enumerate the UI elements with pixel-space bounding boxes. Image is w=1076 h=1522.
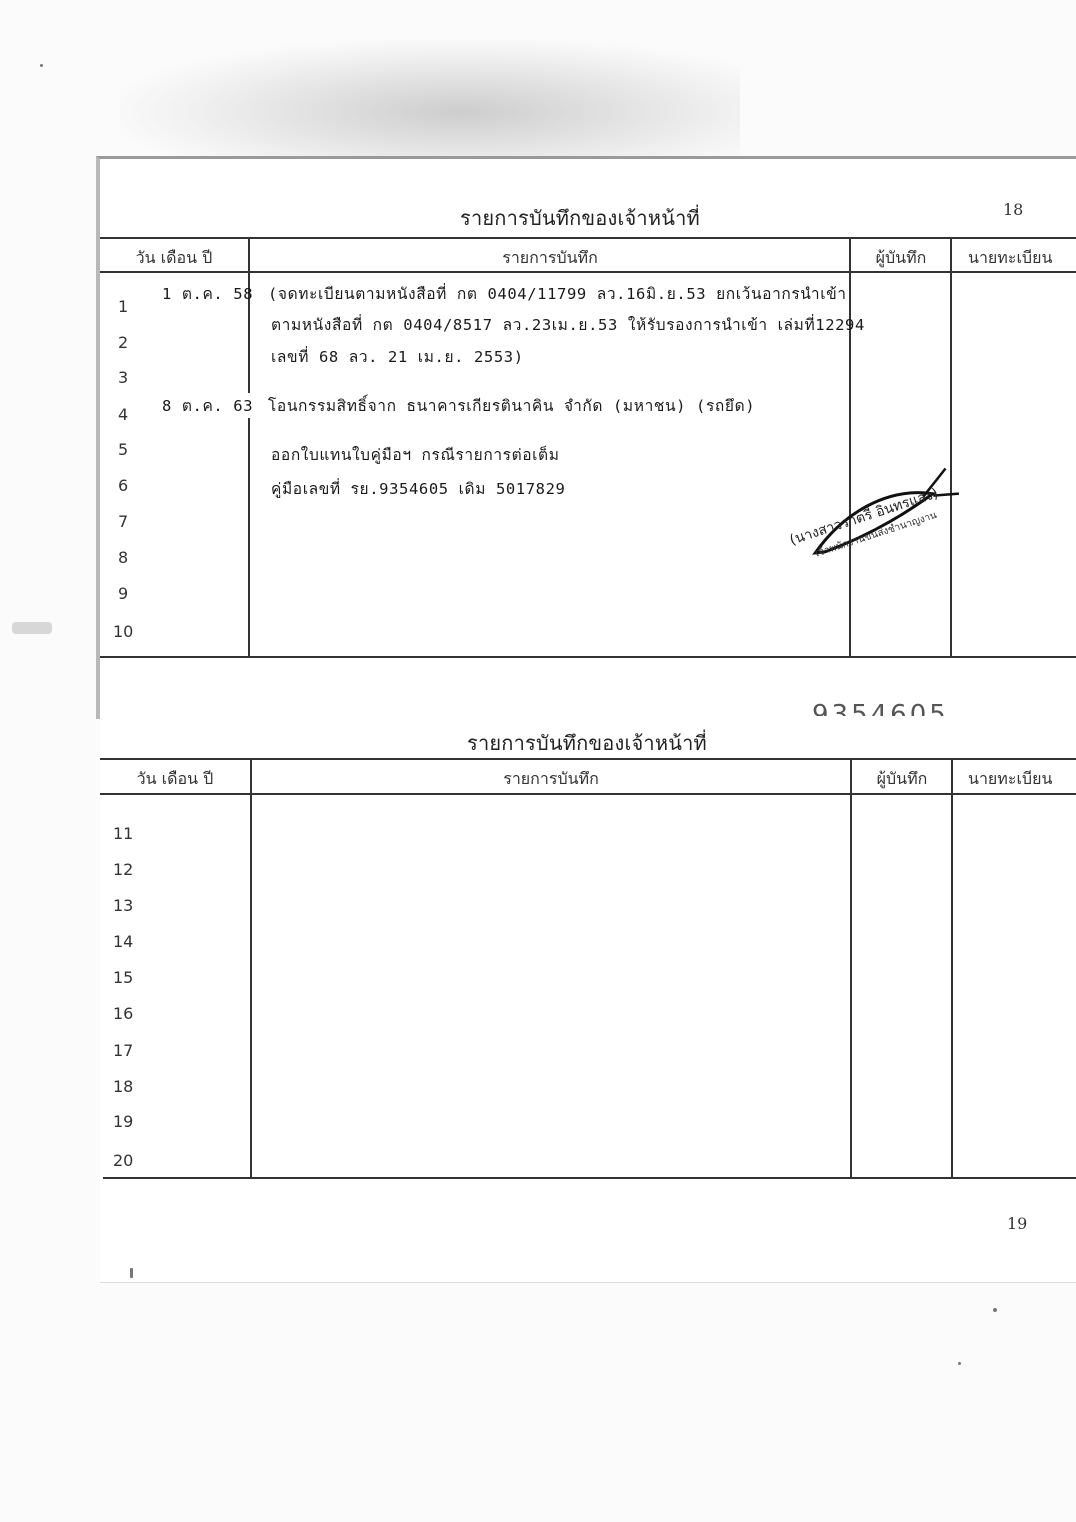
scan-shadow (120, 40, 740, 160)
entry-date: 1 ต.ค. 58 (162, 281, 253, 306)
page-19-sheet (100, 716, 1076, 1283)
header-record: รายการบันทึก (250, 246, 850, 271)
row-number: 10 (113, 622, 133, 641)
row-number: 7 (118, 512, 128, 531)
row-number: 3 (118, 368, 128, 387)
header-date: วัน เดือน ปี (100, 246, 248, 271)
page-18-number: 18 (1003, 200, 1023, 219)
column-divider (250, 758, 252, 1179)
row-number: 2 (118, 333, 128, 352)
row-number: 8 (118, 548, 128, 567)
table-top-border (100, 758, 1076, 760)
row-number: 4 (118, 405, 128, 424)
row-number: 19 (113, 1112, 133, 1131)
scan-speck (40, 64, 43, 67)
header-registrar: นายทะเบียน (953, 767, 1076, 792)
header-record: รายการบันทึก (252, 767, 850, 792)
column-divider (850, 758, 852, 1179)
row-number: 20 (113, 1151, 133, 1170)
row-number: 6 (118, 476, 128, 495)
header-recorder: ผู้บันทึก (851, 246, 951, 271)
row-number: 18 (113, 1077, 133, 1096)
row-number: 11 (113, 824, 133, 843)
table-bottom-border (103, 1177, 1076, 1179)
scan-speck (958, 1362, 961, 1365)
scan-speck (993, 1308, 997, 1312)
header-bottom-border (100, 271, 1076, 273)
entry-line: เลขที่ 68 ลว. 21 เม.ย. 2553) (271, 344, 524, 369)
entry-line: ตามหนังสือที่ กต 0404/8517 ลว.23เม.ย.53 … (271, 312, 865, 337)
row-number: 15 (113, 968, 133, 987)
header-recorder: ผู้บันทึก (852, 767, 952, 792)
row-number: 5 (118, 440, 128, 459)
entry-line: โอนกรรมสิทธิ์จาก ธนาคารเกียรตินาคิน จำกั… (268, 393, 755, 418)
page-19-title: รายการบันทึกของเจ้าหน้าที่ (467, 727, 707, 759)
table-top-border (100, 237, 1076, 239)
page-19-number: 19 (1007, 1214, 1027, 1233)
row-number: 17 (113, 1041, 133, 1060)
column-divider (849, 237, 851, 658)
header-bottom-border (100, 793, 1076, 795)
row-number: 9 (118, 584, 128, 603)
header-registrar: นายทะเบียน (952, 246, 1076, 271)
entry-line: ออกใบแทนใบคู่มือฯ กรณีรายการต่อเต็ม (271, 442, 560, 467)
entry-line: คู่มือเลขที่ รย.9354605 เดิม 5017829 (271, 476, 565, 501)
row-number: 14 (113, 932, 133, 951)
table-bottom-border (100, 656, 1076, 658)
row-number: 1 (118, 297, 128, 316)
page-18-title: รายการบันทึกของเจ้าหน้าที่ (460, 202, 700, 234)
page-18-sheet (96, 156, 1076, 719)
row-number: 13 (113, 896, 133, 915)
scan-speck (130, 1268, 133, 1278)
header-date: วัน เดือน ปี (100, 767, 250, 792)
entry-date: 8 ต.ค. 63 (162, 393, 253, 418)
entry-line: (จดทะเบียนตามหนังสือที่ กต 0404/11799 ลว… (268, 281, 847, 306)
scan-speck (12, 622, 52, 634)
row-number: 12 (113, 860, 133, 879)
row-number: 16 (113, 1004, 133, 1023)
column-divider (951, 758, 953, 1179)
